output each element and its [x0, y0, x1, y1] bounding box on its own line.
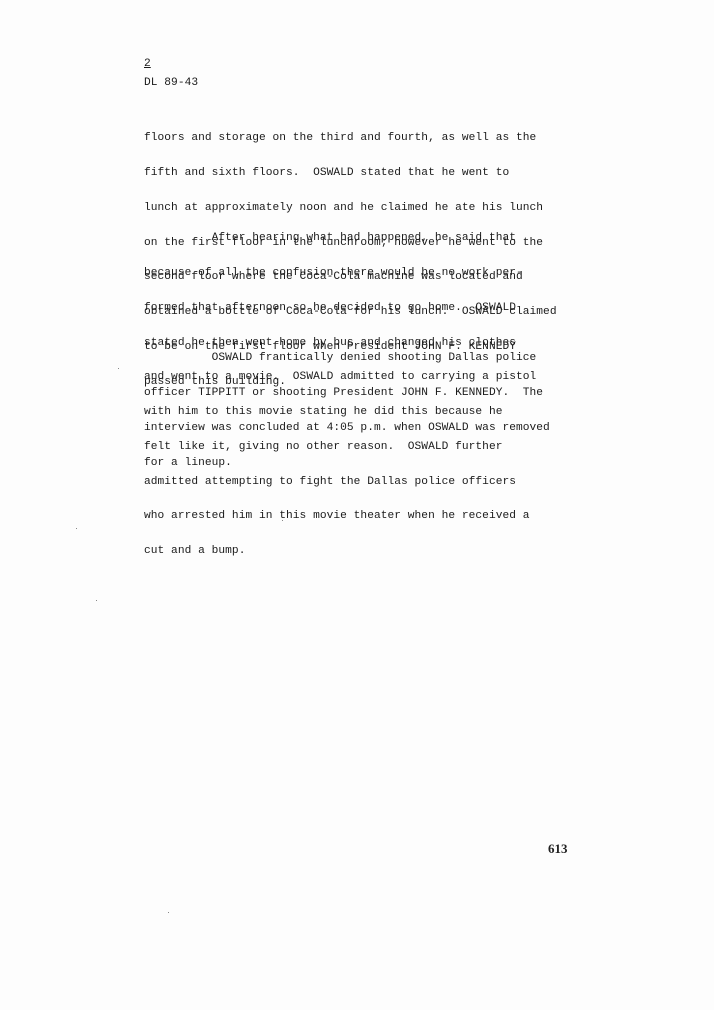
footer-page-number: 613 [548, 841, 568, 857]
text-line: cut and a bump. [144, 546, 564, 558]
text-line: interview was concluded at 4:05 p.m. whe… [144, 423, 564, 435]
text-line: After hearing what had happened, he said… [144, 233, 564, 245]
scan-speck [168, 912, 169, 913]
text-line: for a lineup. [144, 458, 564, 470]
text-line: who arrested him in this movie theater w… [144, 511, 564, 523]
paragraph-3: OSWALD frantically denied shooting Dalla… [144, 330, 564, 492]
text-line: officer TIPPITT or shooting President JO… [144, 388, 564, 400]
document-page: 2 DL 89-43 floors and storage on the thi… [0, 0, 714, 1010]
scan-speck [282, 520, 283, 521]
file-number: DL 89-43 [144, 77, 198, 89]
text-line: because of all the confusion there would… [144, 268, 564, 280]
text-line: formed that afternoon so he decided to g… [144, 303, 564, 315]
scan-speck [118, 368, 119, 369]
page-number: 2 [144, 58, 151, 70]
text-line: OSWALD frantically denied shooting Dalla… [144, 353, 564, 365]
text-line: floors and storage on the third and four… [144, 133, 564, 145]
scan-speck [96, 600, 97, 601]
text-line: fifth and sixth floors. OSWALD stated th… [144, 168, 564, 180]
scan-speck [76, 528, 77, 529]
